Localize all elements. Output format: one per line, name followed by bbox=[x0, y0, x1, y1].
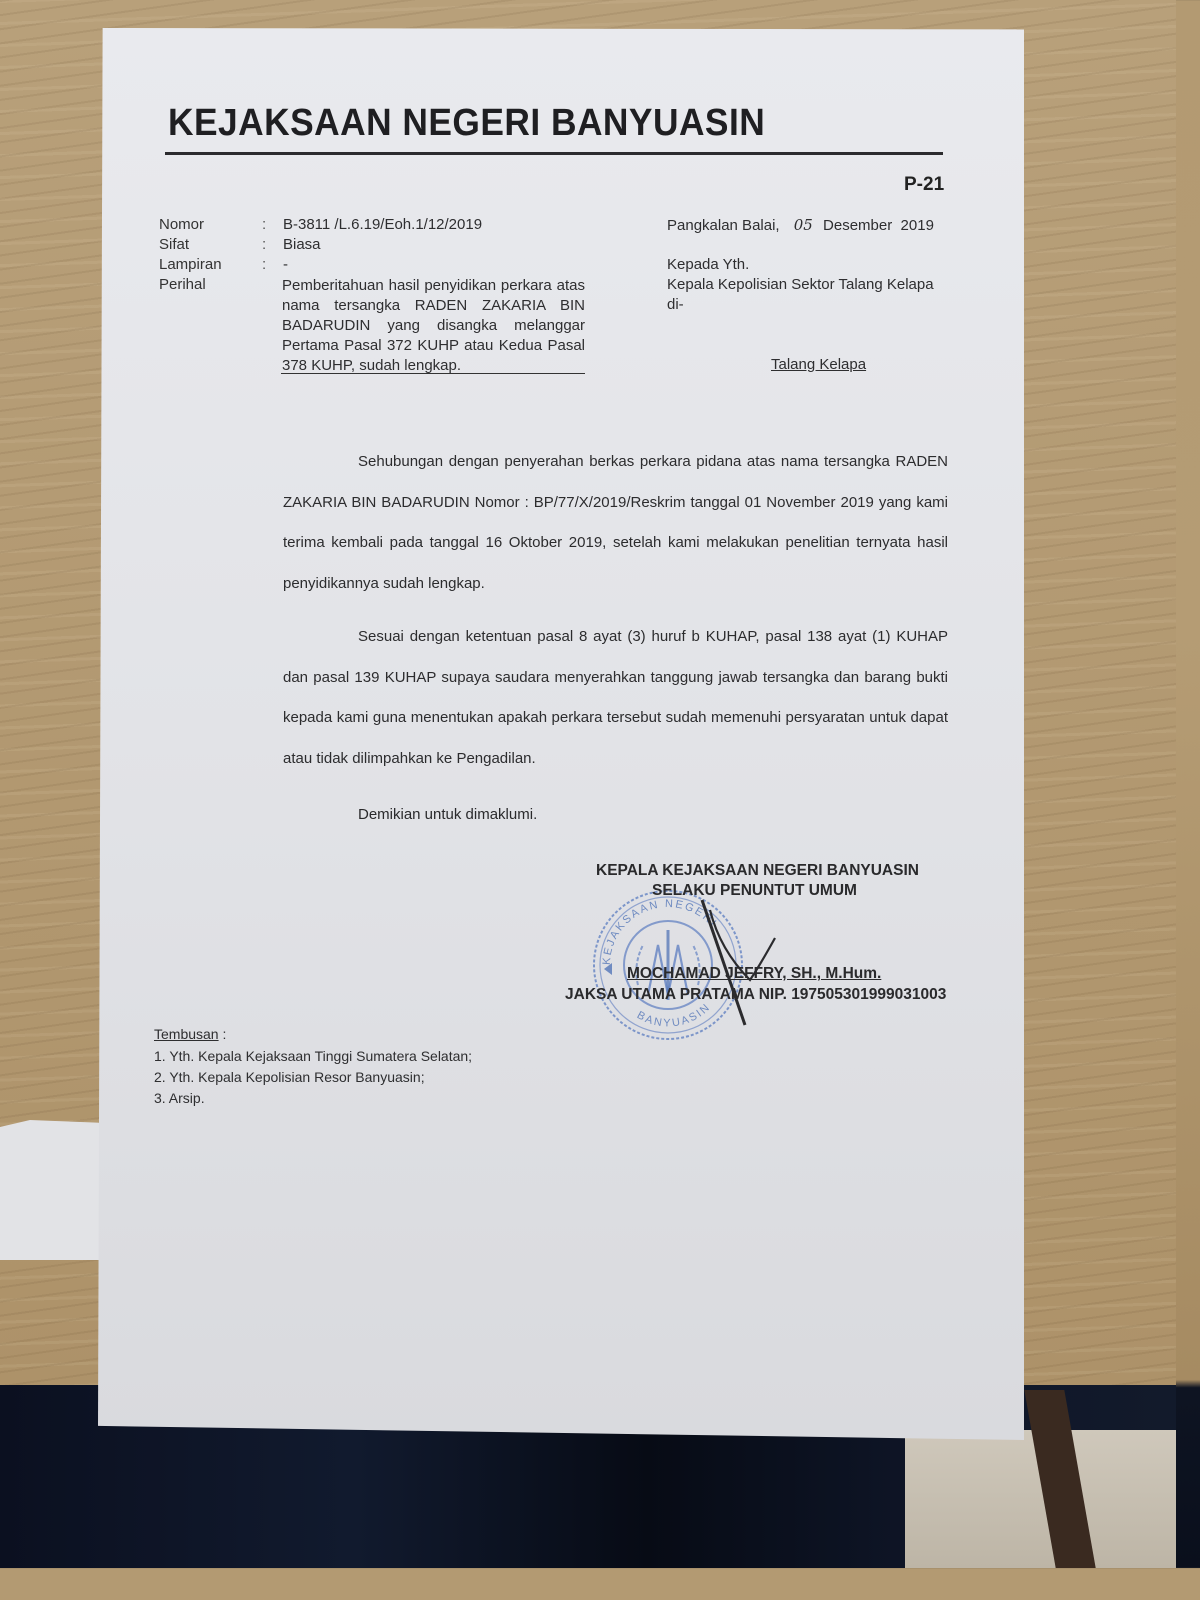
tembusan-item: 3. Arsip. bbox=[154, 1090, 205, 1106]
tembusan-colon: : bbox=[222, 1026, 226, 1042]
sifat-value: Biasa bbox=[283, 236, 321, 253]
paper-scrap bbox=[0, 1120, 100, 1260]
nomor-label: Nomor bbox=[159, 216, 204, 233]
handwritten-signature-icon bbox=[690, 890, 780, 1030]
recipient-location: Talang Kelapa bbox=[771, 356, 866, 373]
recipient-name: Kepala Kepolisian Sektor Talang Kelapa bbox=[667, 276, 934, 293]
sifat-label: Sifat bbox=[159, 236, 189, 253]
closing-line: Demikian untuk dimaklumi. bbox=[358, 806, 537, 823]
perihal-underline bbox=[281, 373, 585, 374]
lampiran-colon: : bbox=[262, 256, 266, 273]
recipient-at: di- bbox=[667, 296, 684, 313]
nomor-value: B-3811 /L.6.19/Eoh.1/12/2019 bbox=[283, 216, 482, 233]
recipient-salutation: Kepada Yth. bbox=[667, 256, 749, 273]
body-paragraph-1: Sehubungan dengan penyerahan berkas perk… bbox=[283, 442, 948, 604]
handwritten-day: 05 bbox=[794, 216, 813, 234]
lampiran-label: Lampiran bbox=[159, 256, 222, 273]
month-year: Desember 2019 bbox=[823, 217, 934, 234]
nomor-colon: : bbox=[262, 216, 266, 233]
tembusan-item: 2. Yth. Kepala Kepolisian Resor Banyuasi… bbox=[154, 1069, 425, 1085]
heading-rule bbox=[165, 152, 943, 155]
city: Pangkalan Balai, bbox=[667, 217, 780, 234]
lampiran-value: - bbox=[283, 256, 288, 273]
body-paragraph-2: Sesuai dengan ketentuan pasal 8 ayat (3)… bbox=[283, 617, 948, 779]
perihal-value: Pemberitahuan hasil penyidikan perkara a… bbox=[282, 276, 585, 376]
institution-heading: KEJAKSAAN NEGERI BANYUASIN bbox=[168, 102, 765, 145]
tembusan-label: Tembusan bbox=[154, 1026, 219, 1042]
tembusan-item: 1. Yth. Kepala Kejaksaan Tinggi Sumatera… bbox=[154, 1048, 472, 1064]
signatory-title-1: KEPALA KEJAKSAAN NEGERI BANYUASIN bbox=[596, 862, 919, 880]
place-date: Pangkalan Balai, 05 Desember 2019 bbox=[667, 216, 934, 234]
tembusan-heading: Tembusan : bbox=[154, 1026, 226, 1042]
form-code: P-21 bbox=[904, 174, 944, 196]
perihal-label: Perihal bbox=[159, 276, 206, 293]
sifat-colon: : bbox=[262, 236, 266, 253]
